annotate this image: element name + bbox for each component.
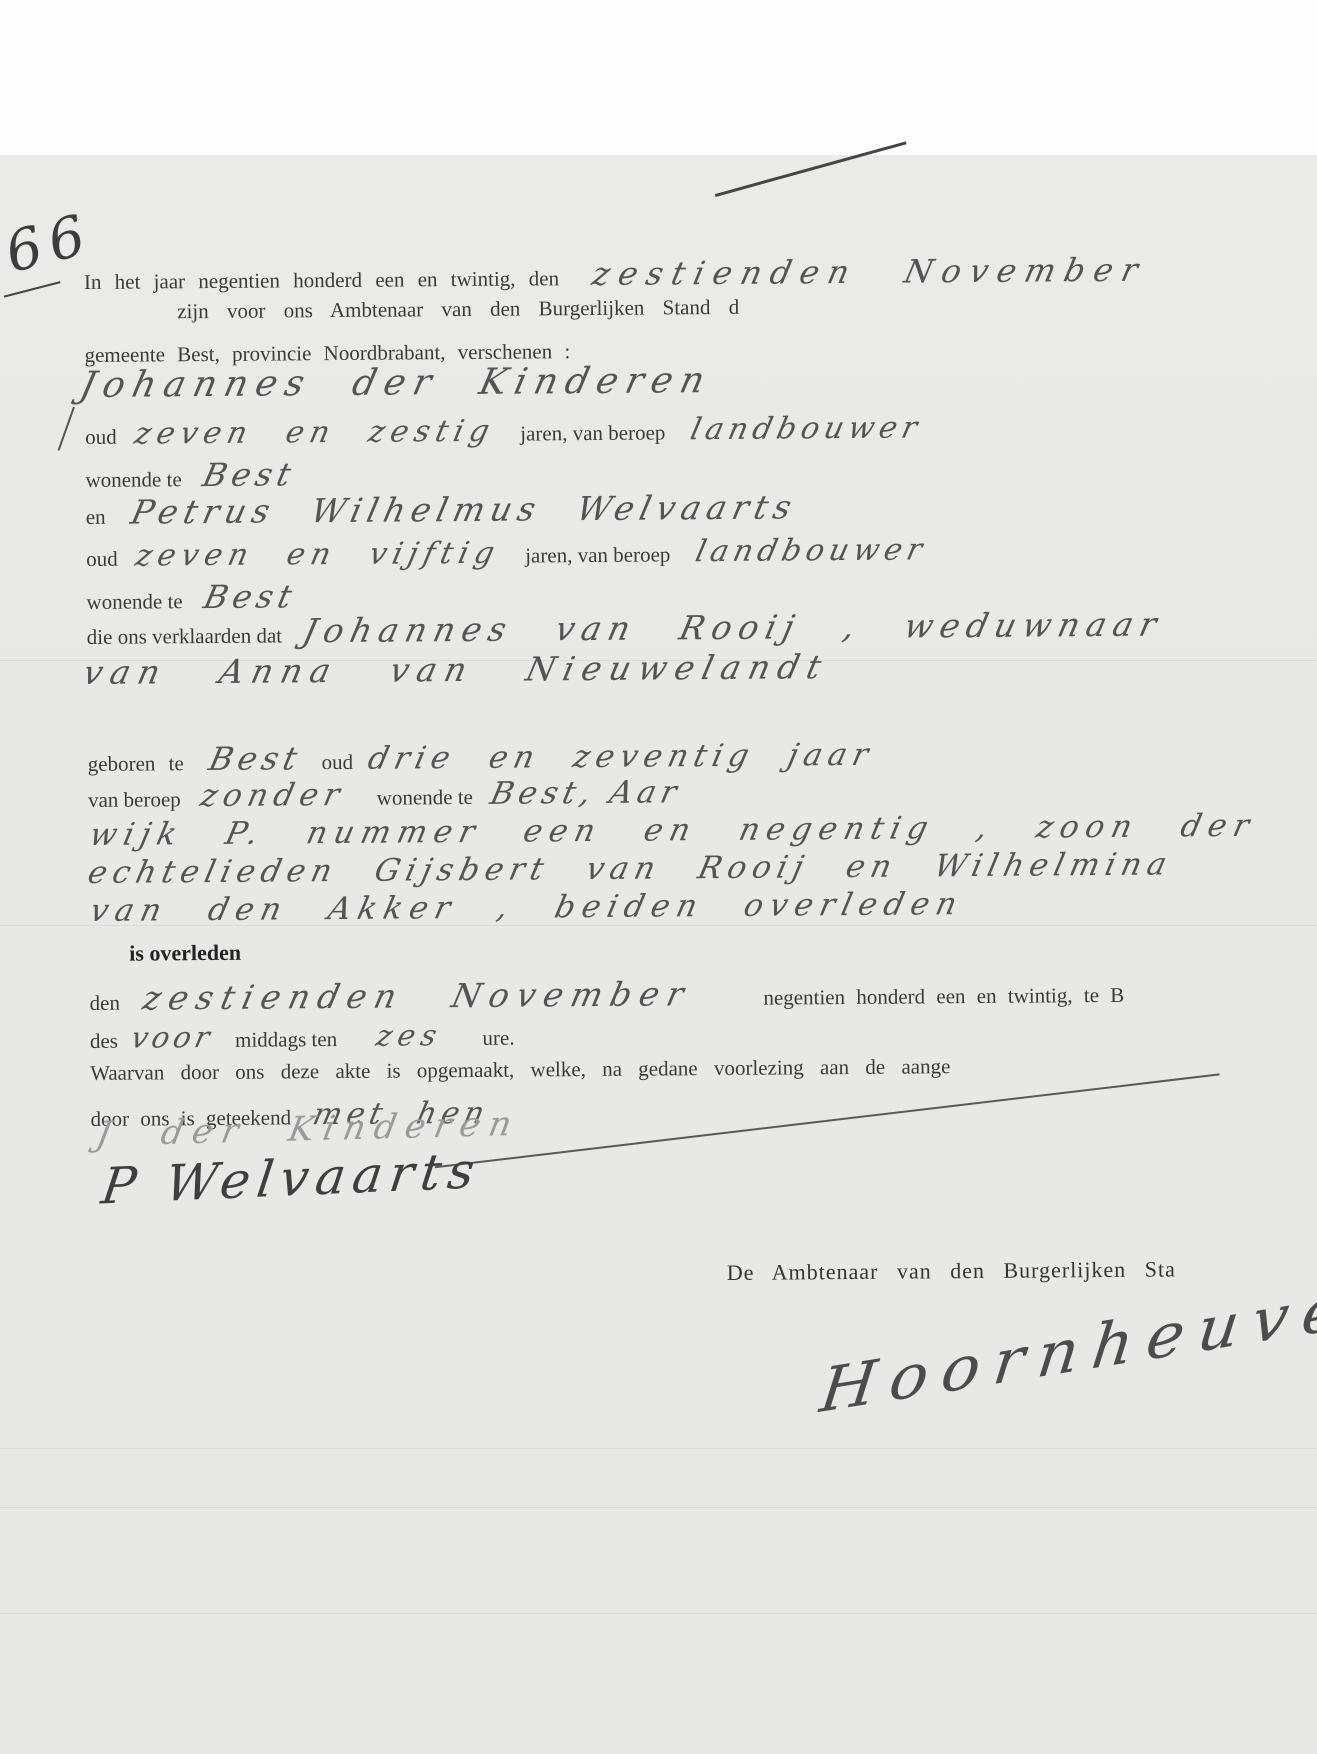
printed-jaren-beroep: jaren, van beroep [520, 420, 665, 446]
handwritten-voor: voor [128, 1020, 217, 1055]
handwritten-age1: zeven en zestig [131, 414, 498, 452]
handwritten-deceased-residence: Best, Aar [487, 774, 685, 812]
line-deceased-spouse: van Anna van Nieuwelandt [84, 643, 1316, 692]
printed-jaren-beroep2: jaren, van beroep [525, 542, 670, 568]
printed-middags-ten: middags ten [235, 1027, 337, 1053]
printed-official-text: zijn voor ons Ambtenaar van den Burgerli… [177, 295, 739, 324]
printed-verklaarden: die ons verklaarden dat [87, 623, 283, 650]
line-declarant2-age: oud zeven en vijftig jaren, van beroep l… [86, 529, 1315, 574]
handwritten-birthplace: Best [206, 739, 306, 778]
handwritten-age2: zeven en vijftig [132, 536, 503, 574]
line-death-hour: des voor middags ten zes ure. [90, 1011, 1317, 1055]
record-content: 66 In het jaar negentien honderd een en … [0, 149, 1317, 1754]
handwritten-date: zestienden November [589, 251, 1151, 293]
printed-van-beroep: van beroep [88, 787, 181, 813]
handwritten-occupation2: landbouwer [692, 532, 930, 569]
printed-is-overleden: is overleden [129, 940, 241, 967]
line-death-date: den zestienden November negentien honder… [89, 969, 1317, 1018]
handwritten-parents-names: echtelieden Gijsbert van Rooij en Wilhel… [85, 846, 1176, 891]
line-is-overleden: is overleden [121, 931, 1317, 967]
handwritten-deceased-occupation: zonder [197, 777, 349, 814]
scanned-death-record: 66 In het jaar negentien honderd een en … [0, 0, 1317, 1754]
line-declarant1-age: oud zeven en zestig jaren, van beroep la… [85, 407, 1314, 452]
pen-stroke-left-margin [58, 407, 75, 451]
paper-sheet: 66 In het jaar negentien honderd een en … [0, 155, 1317, 1754]
line-parents-deceased: van den Akker , beiden overleden [91, 883, 1317, 929]
printed-des: des [90, 1029, 118, 1054]
handwritten-deceased-name: Johannes van Rooij , weduwnaar [300, 604, 1168, 650]
handwritten-residence1: Best [199, 455, 299, 494]
line-waarvan: Waarvan door ons deze akte is opgemaakt,… [90, 1051, 1317, 1086]
line-year: In het jaar negentien honderd een en twi… [84, 249, 1313, 297]
handwritten-deceased-age: drie en zeventig jaar [365, 737, 878, 777]
handwritten-death-date: zestienden November [140, 974, 696, 1017]
registrar-signature: Hoornheuvel [816, 1264, 1317, 1427]
printed-den: den [90, 991, 121, 1016]
handwritten-parents-status: van den Akker , beiden overleden [87, 886, 967, 929]
line-declarant2-name: en Petrus Wilhelmus Welvaarts [86, 483, 1315, 532]
printed-geboren-te: geboren te [88, 751, 184, 777]
printed-en: en [86, 505, 106, 530]
printed-wonende-te3: wonende te [377, 785, 473, 811]
pen-stroke-under-act-number [4, 281, 61, 297]
printed-oud3: oud [321, 750, 353, 775]
handwritten-hour: zes [373, 1018, 446, 1053]
scan-margin-top [0, 0, 1317, 155]
printed-year-text: In het jaar negentien honderd een en twi… [84, 266, 559, 295]
line-blank-rule [94, 707, 1316, 730]
printed-oud: oud [85, 425, 117, 450]
line-declarant1-name: Johannes der Kinderen [81, 355, 1314, 406]
printed-death-year: negentien honderd een en twintig, te B [763, 983, 1124, 1011]
handwritten-declarant2-name: Petrus Wilhelmus Welvaarts [127, 487, 801, 531]
handwritten-spouse-name: van Anna van Nieuwelandt [80, 647, 833, 692]
printed-wonende-te: wonende te [85, 467, 181, 493]
printed-oud2: oud [86, 547, 118, 572]
handwritten-occupation1: landbouwer [687, 410, 925, 447]
handwritten-declarant1-name: Johannes der Kinderen [76, 360, 716, 406]
printed-wonende-te2: wonende te [86, 589, 182, 615]
printed-waarvan-text: Waarvan door ons deze akte is opgemaakt,… [90, 1054, 950, 1086]
printed-ure: ure. [482, 1026, 514, 1051]
registrar-title: De Ambtenaar van den Burgerlijken Sta [727, 1256, 1176, 1286]
line-official: zijn voor ons Ambtenaar van den Burgerli… [161, 290, 1313, 324]
handwritten-residence2: Best [200, 577, 300, 616]
